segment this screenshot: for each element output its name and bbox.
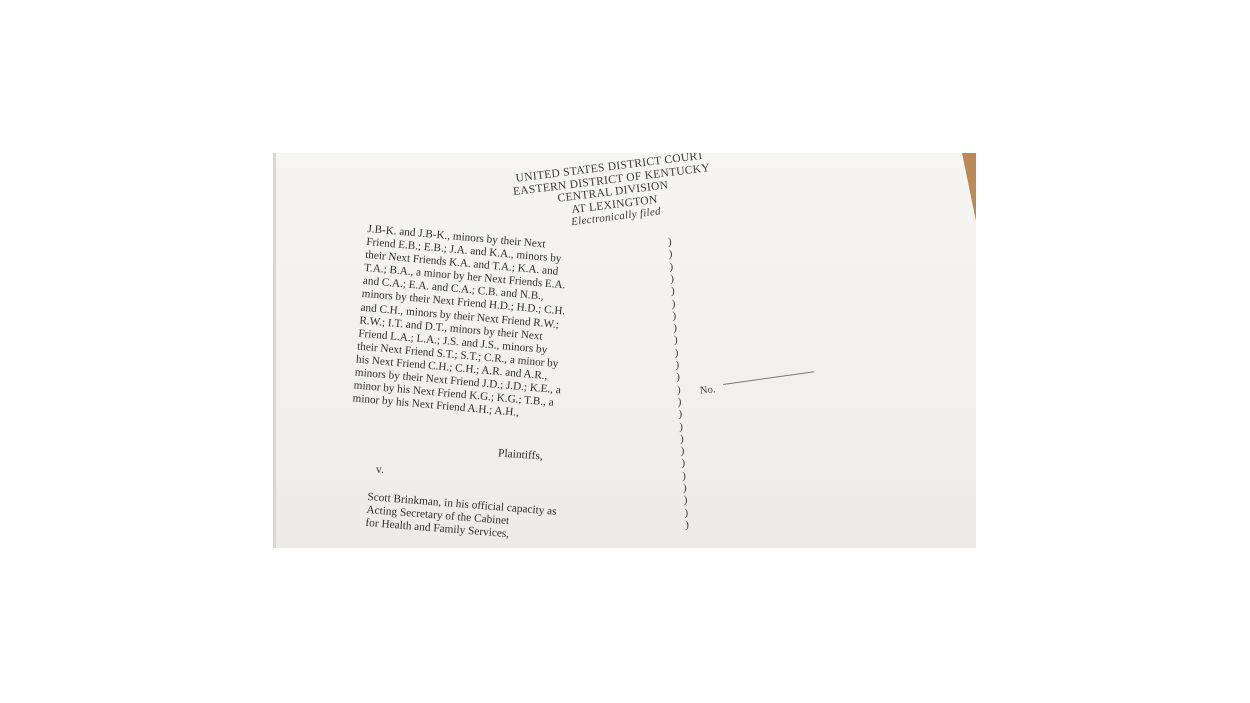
caption-bracket-mark: ) xyxy=(684,495,688,506)
caption-bracket-mark: ) xyxy=(676,372,680,383)
caption-bracket-mark: ) xyxy=(680,434,684,445)
document-photo: UNITED STATES DISTRICT COURT EASTERN DIS… xyxy=(273,153,976,548)
caption-bracket-mark: ) xyxy=(682,458,686,469)
caption-bracket-mark: ) xyxy=(678,397,682,408)
caption-bracket-mark: ) xyxy=(670,262,674,273)
versus-label: v. xyxy=(376,464,384,476)
caption-bracket-mark: ) xyxy=(675,348,679,359)
caption-bracket-mark: ) xyxy=(685,520,689,531)
court-header: UNITED STATES DISTRICT COURT EASTERN DIS… xyxy=(500,153,726,237)
court-filing-page: UNITED STATES DISTRICT COURT EASTERN DIS… xyxy=(273,153,976,548)
caption-bracket-mark: ) xyxy=(671,286,675,297)
caption-bracket-mark: ) xyxy=(670,274,674,285)
case-number-blank-line xyxy=(723,371,814,385)
caption-bracket-mark: ) xyxy=(679,422,683,433)
defendant-block: Scott Brinkman, in his official capacity… xyxy=(365,491,627,548)
plaintiffs-block: J.B-K. and J.B-K., minors by their Next … xyxy=(352,223,627,428)
caption-bracket-mark: ) xyxy=(673,323,677,334)
caption-bracket-mark: ) xyxy=(669,249,673,260)
caption-bracket-mark: ) xyxy=(679,409,683,420)
caption-bracket-mark: ) xyxy=(676,360,680,371)
case-number-label: No. xyxy=(699,384,716,397)
caption-bracket-mark: ) xyxy=(672,299,676,310)
caption-bracket-mark: ) xyxy=(682,471,686,482)
caption-bracket-mark: ) xyxy=(677,385,681,396)
plaintiffs-label: Plaintiffs, xyxy=(498,447,544,462)
caption-bracket-mark: ) xyxy=(685,508,689,519)
caption-bracket-column: )))))))))))))))))))))))) xyxy=(668,237,698,537)
caption-bracket-mark: ) xyxy=(673,311,677,322)
caption-bracket-mark: ) xyxy=(683,483,687,494)
caption-bracket-mark: ) xyxy=(674,335,678,346)
caption-bracket-mark: ) xyxy=(668,237,672,248)
caption-bracket-mark: ) xyxy=(681,446,685,457)
